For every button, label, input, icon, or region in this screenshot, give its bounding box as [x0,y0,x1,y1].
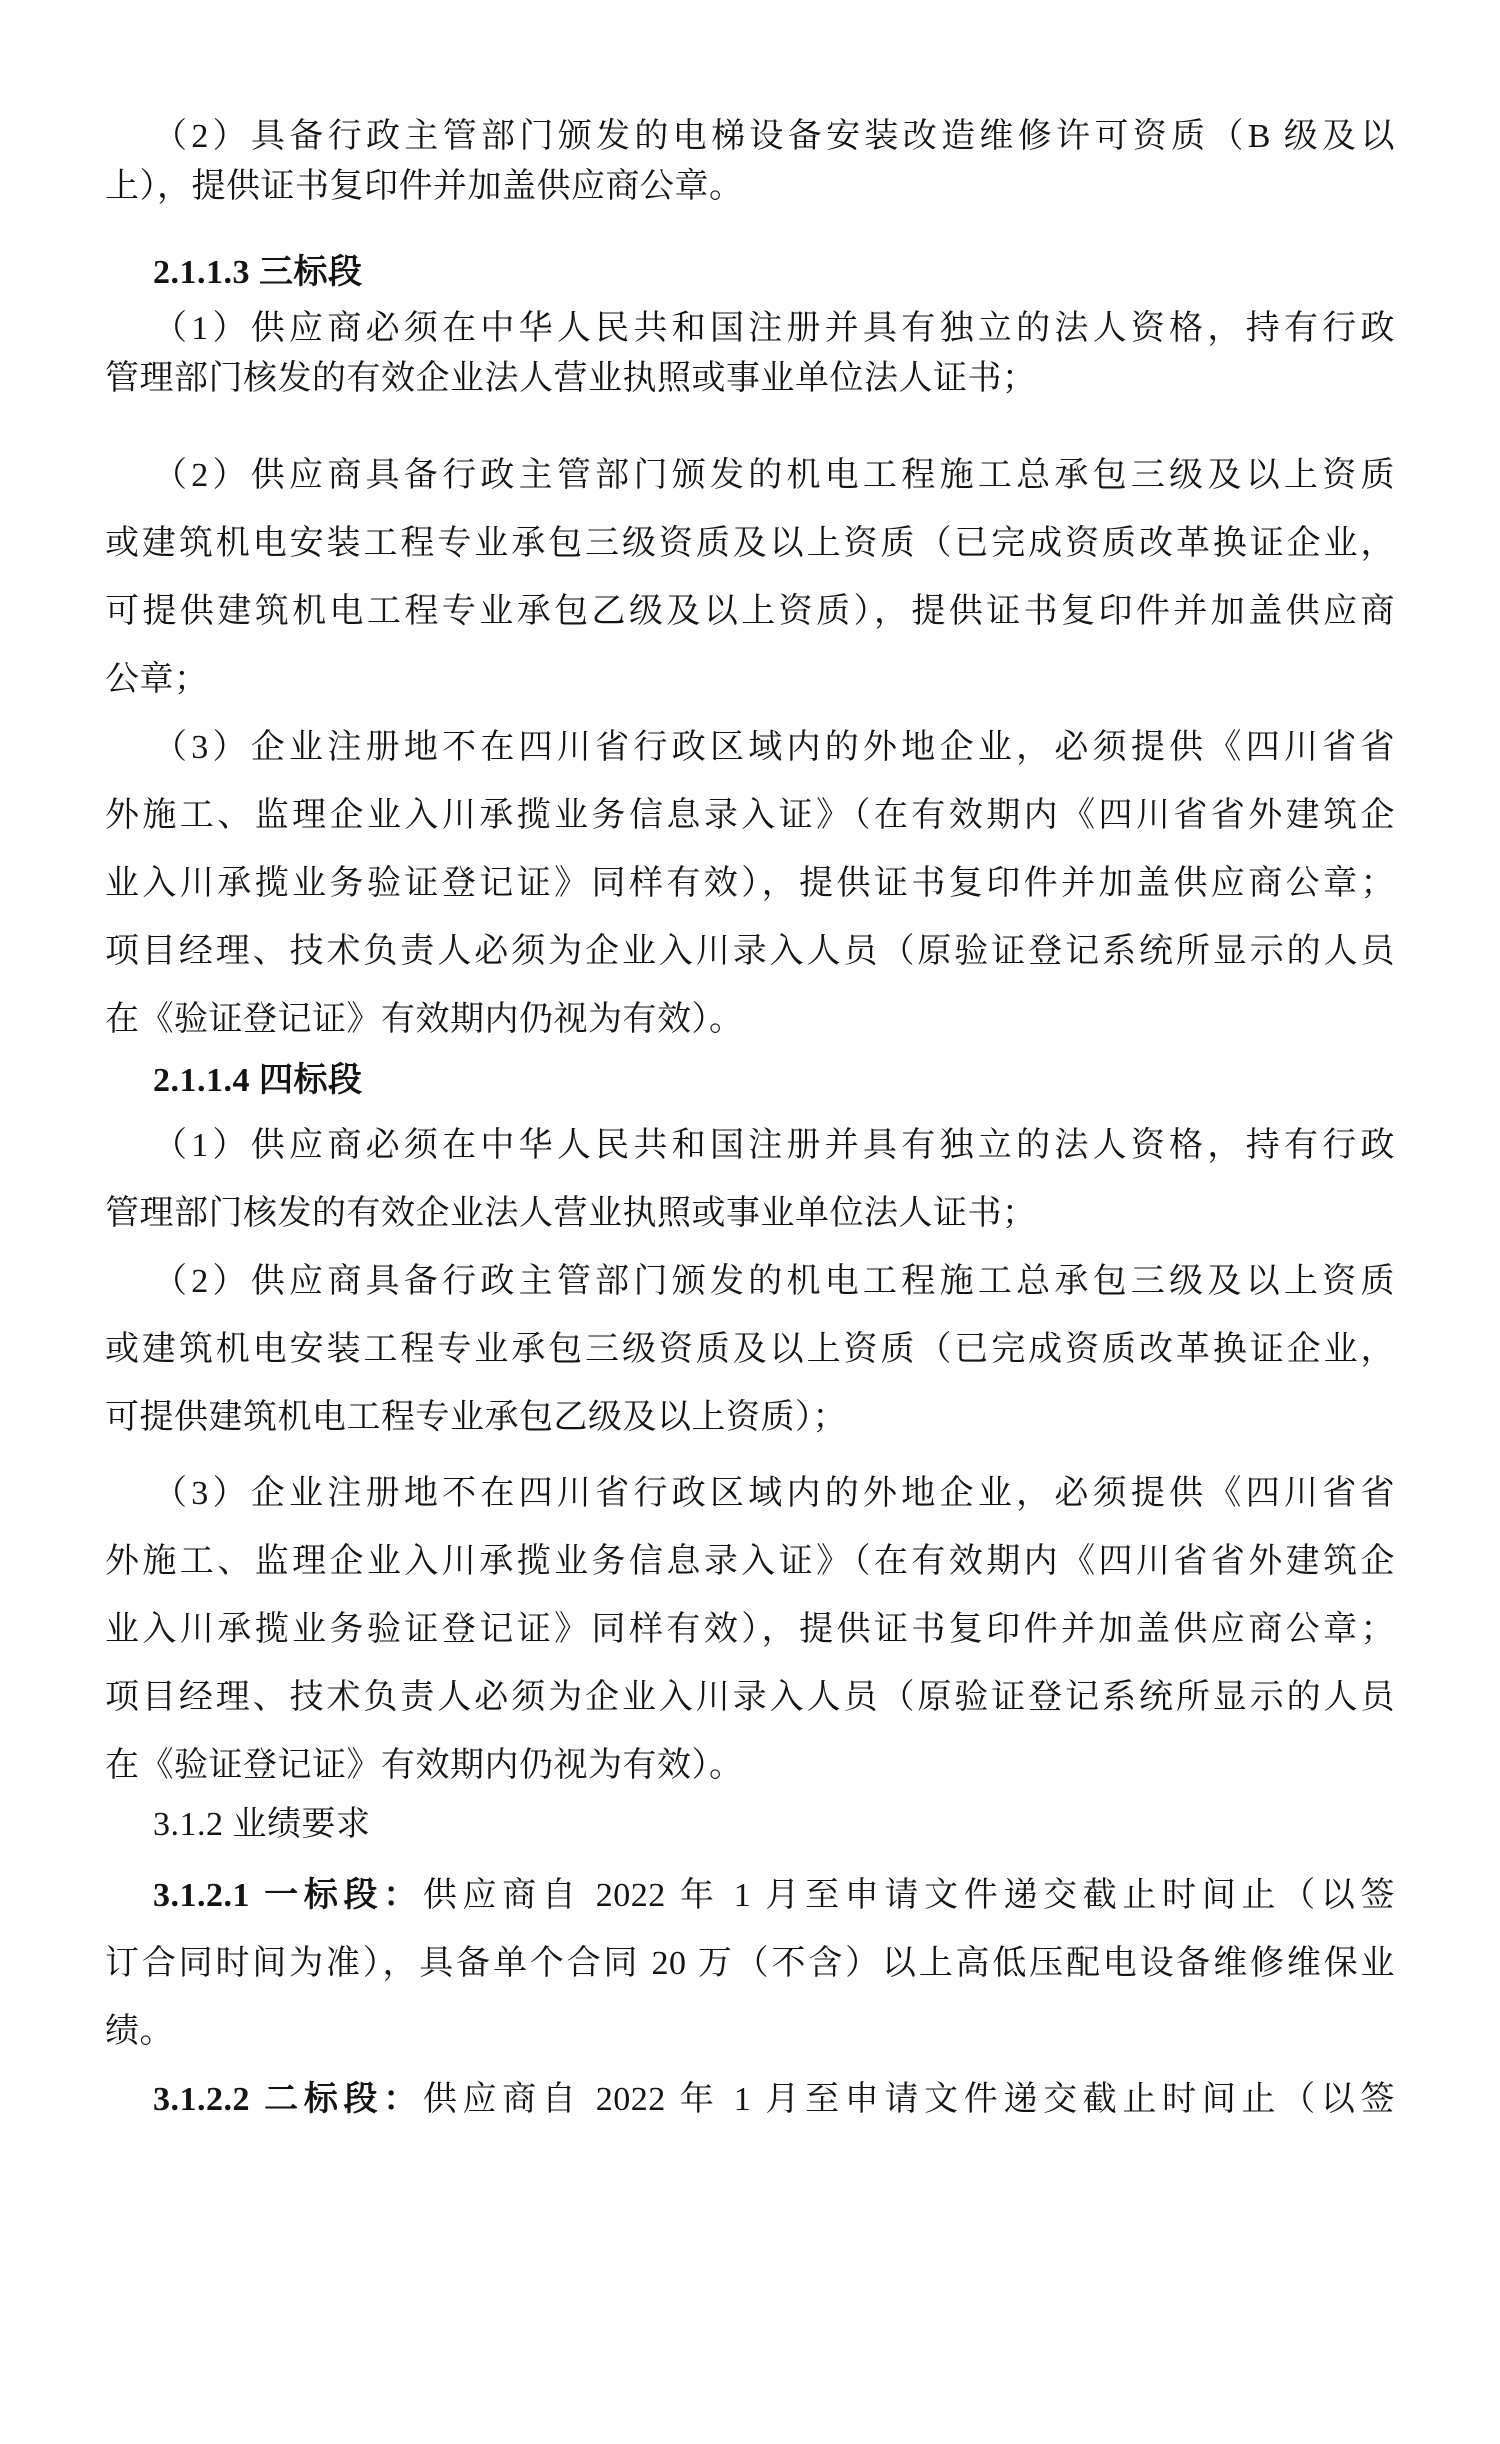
paragraph: 3.1.2.1 一标段：供应商自 2022 年 1 月至申请文件递交截止时间止（… [105,1862,1395,2066]
body-text: 或建筑机电安装工程专业承包三级资质及以上资质（已完成资质改革换证企业， [105,1331,1395,1368]
text-line: 外施工、监理企业入川承揽业务信息录入证》（在有效期内《四川省省外建筑企 [105,782,1395,850]
document-page: （2）具备行政主管部门颁发的电梯设备安装改造维修许可资质（B 级及以上），提供证… [0,0,1500,2444]
text-line: 公章； [105,646,1395,714]
body-text: （3）企业注册地不在四川省行政区域内的外地企业，必须提供《四川省省 [153,729,1395,766]
body-text: 项目经理、技术负责人必须为企业入川录入人员（原验证登记系统所显示的人员 [105,933,1395,970]
text-line: （1）供应商必须在中华人民共和国注册并具有独立的法人资格，持有行政 [105,1112,1395,1180]
body-text: 可提供建筑机电工程专业承包乙级及以上资质），提供证书复印件并加盖供应商 [105,593,1395,630]
text-line: 2.1.1.4 四标段 [105,1056,1395,1106]
body-text: （2）具备行政主管部门颁发的电梯设备安装改造维修许可资质（B 级及以 [153,118,1395,155]
body-text: 项目经理、技术负责人必须为企业入川录入人员（原验证登记系统所显示的人员 [105,1679,1395,1716]
paragraph: （1）供应商必须在中华人民共和国注册并具有独立的法人资格，持有行政管理部门核发的… [105,304,1395,404]
text-line: 可提供建筑机电工程专业承包乙级及以上资质）； [105,1384,1395,1452]
body-text: 业入川承揽业务验证登记证》同样有效），提供证书复印件并加盖供应商公章； [105,1611,1395,1648]
text-line: 管理部门核发的有效企业法人营业执照或事业单位法人证书； [105,354,1395,404]
body-text: 供应商自 2022 年 1 月至申请文件递交截止时间止（以签 [423,2081,1395,2118]
bold-text: 3.1.2.2 二标段： [153,2081,423,2118]
text-line: 业入川承揽业务验证登记证》同样有效），提供证书复印件并加盖供应商公章； [105,1596,1395,1664]
paragraph: （2）具备行政主管部门颁发的电梯设备安装改造维修许可资质（B 级及以上），提供证… [105,112,1395,212]
text-line: （2）供应商具备行政主管部门颁发的机电工程施工总承包三级及以上资质 [105,1248,1395,1316]
body-text: 公章； [105,661,209,698]
body-text: （2）供应商具备行政主管部门颁发的机电工程施工总承包三级及以上资质 [153,457,1395,494]
text-line: （2）具备行政主管部门颁发的电梯设备安装改造维修许可资质（B 级及以 [105,112,1395,162]
text-line: 外施工、监理企业入川承揽业务信息录入证》（在有效期内《四川省省外建筑企 [105,1528,1395,1596]
text-line: 业入川承揽业务验证登记证》同样有效），提供证书复印件并加盖供应商公章； [105,850,1395,918]
text-line: 绩。 [105,1998,1395,2066]
text-line: 在《验证登记证》有效期内仍视为有效）。 [105,986,1395,1054]
text-line: 管理部门核发的有效企业法人营业执照或事业单位法人证书； [105,1180,1395,1248]
bold-text: 2.1.1.4 四标段 [153,1062,363,1099]
text-line: 3.1.2.1 一标段：供应商自 2022 年 1 月至申请文件递交截止时间止（… [105,1862,1395,1930]
body-text: 上），提供证书复印件并加盖供应商公章。 [105,168,744,205]
body-text: （1）供应商必须在中华人民共和国注册并具有独立的法人资格，持有行政 [153,310,1395,347]
body-text: （1）供应商必须在中华人民共和国注册并具有独立的法人资格，持有行政 [153,1127,1395,1164]
text-line: 2.1.1.3 三标段 [105,248,1395,298]
text-line: 项目经理、技术负责人必须为企业入川录入人员（原验证登记系统所显示的人员 [105,918,1395,986]
body-text: 外施工、监理企业入川承揽业务信息录入证》（在有效期内《四川省省外建筑企 [105,797,1395,834]
body-text: 或建筑机电安装工程专业承包三级资质及以上资质（已完成资质改革换证企业， [105,525,1395,562]
bold-text: 2.1.1.3 三标段 [153,254,363,291]
text-line: 项目经理、技术负责人必须为企业入川录入人员（原验证登记系统所显示的人员 [105,1664,1395,1732]
section-heading: 2.1.1.3 三标段 [105,248,1395,298]
body-text: 3.1.2 业绩要求 [153,1806,371,1843]
text-line: 3.1.2.2 二标段：供应商自 2022 年 1 月至申请文件递交截止时间止（… [105,2066,1395,2134]
text-line: 3.1.2 业绩要求 [105,1800,1395,1850]
text-line: 在《验证登记证》有效期内仍视为有效）。 [105,1732,1395,1800]
paragraph: （1）供应商必须在中华人民共和国注册并具有独立的法人资格，持有行政管理部门核发的… [105,1112,1395,1248]
text-line: 或建筑机电安装工程专业承包三级资质及以上资质（已完成资质改革换证企业， [105,1316,1395,1384]
body-text: （2）供应商具备行政主管部门颁发的机电工程施工总承包三级及以上资质 [153,1263,1395,1300]
bold-text: 3.1.2.1 一标段： [153,1877,423,1914]
paragraph: （3）企业注册地不在四川省行政区域内的外地企业，必须提供《四川省省外施工、监理企… [105,714,1395,1054]
body-text: 可提供建筑机电工程专业承包乙级及以上资质）； [105,1399,847,1436]
body-text: 绩。 [105,2013,174,2050]
paragraph: （2）供应商具备行政主管部门颁发的机电工程施工总承包三级及以上资质或建筑机电安装… [105,1248,1395,1452]
text-line: （1）供应商必须在中华人民共和国注册并具有独立的法人资格，持有行政 [105,304,1395,354]
body-text: 外施工、监理企业入川承揽业务信息录入证》（在有效期内《四川省省外建筑企 [105,1543,1395,1580]
body-text: （3）企业注册地不在四川省行政区域内的外地企业，必须提供《四川省省 [153,1475,1395,1512]
paragraph: 3.1.2 业绩要求 [105,1800,1395,1850]
body-text: 在《验证登记证》有效期内仍视为有效）。 [105,1001,744,1038]
text-line: （3）企业注册地不在四川省行政区域内的外地企业，必须提供《四川省省 [105,714,1395,782]
body-text: 订合同时间为准），具备单个合同 20 万（不含）以上高低压配电设备维修维保业 [105,1945,1395,1982]
paragraph: （2）供应商具备行政主管部门颁发的机电工程施工总承包三级及以上资质或建筑机电安装… [105,442,1395,714]
text-line: 上），提供证书复印件并加盖供应商公章。 [105,162,1395,212]
body-text: 供应商自 2022 年 1 月至申请文件递交截止时间止（以签 [423,1877,1395,1914]
body-text: 在《验证登记证》有效期内仍视为有效）。 [105,1747,744,1784]
section-heading: 2.1.1.4 四标段 [105,1056,1395,1106]
body-text: 业入川承揽业务验证登记证》同样有效），提供证书复印件并加盖供应商公章； [105,865,1395,902]
text-line: 可提供建筑机电工程专业承包乙级及以上资质），提供证书复印件并加盖供应商 [105,578,1395,646]
text-line: 订合同时间为准），具备单个合同 20 万（不含）以上高低压配电设备维修维保业 [105,1930,1395,1998]
paragraph: （3）企业注册地不在四川省行政区域内的外地企业，必须提供《四川省省外施工、监理企… [105,1460,1395,1800]
paragraph: 3.1.2.2 二标段：供应商自 2022 年 1 月至申请文件递交截止时间止（… [105,2066,1395,2134]
text-line: （3）企业注册地不在四川省行政区域内的外地企业，必须提供《四川省省 [105,1460,1395,1528]
body-text: 管理部门核发的有效企业法人营业执照或事业单位法人证书； [105,1195,1037,1232]
text-line: 或建筑机电安装工程专业承包三级资质及以上资质（已完成资质改革换证企业， [105,510,1395,578]
text-line: （2）供应商具备行政主管部门颁发的机电工程施工总承包三级及以上资质 [105,442,1395,510]
body-text: 管理部门核发的有效企业法人营业执照或事业单位法人证书； [105,360,1037,397]
